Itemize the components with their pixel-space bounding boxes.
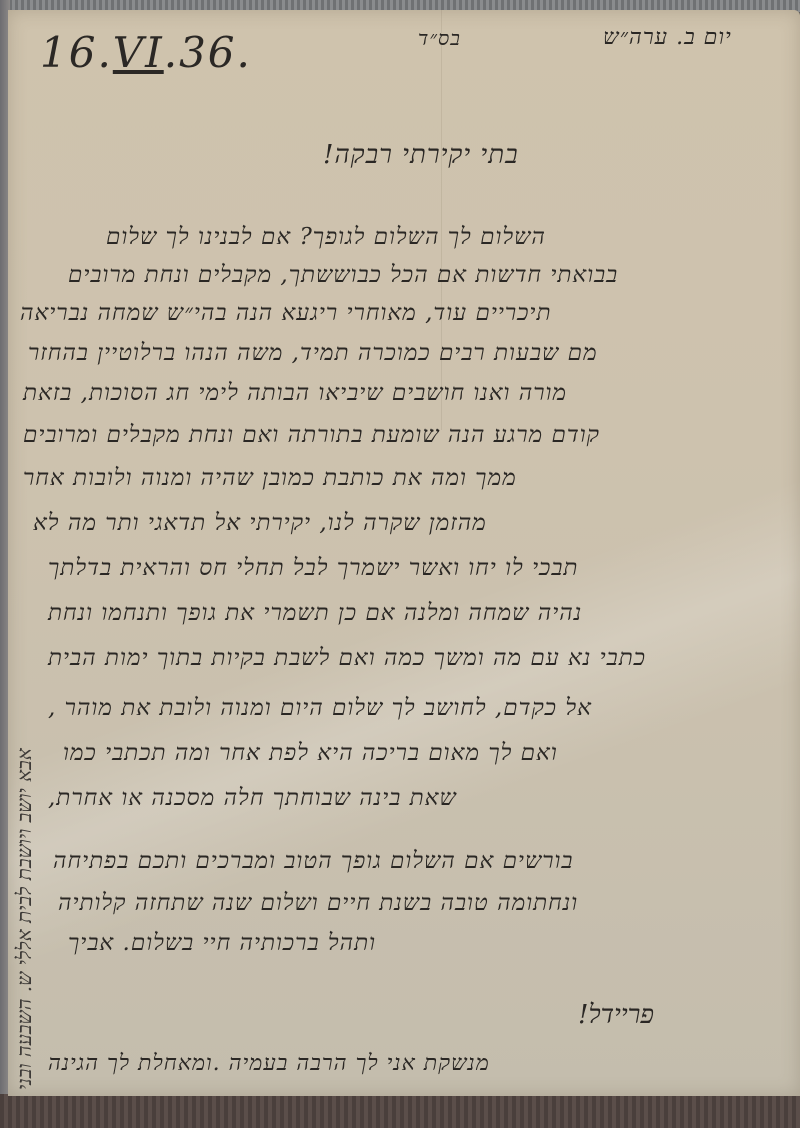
body-line-7: ממך ומה את כותבת כמובן שהיה ומנוה ולובות… (23, 465, 517, 491)
salutation: בתי יקירתי רבקה! (323, 140, 519, 170)
body-line-14: שאת בינה שבוחתך חלה מסכנה או אחרת, (48, 785, 457, 811)
body-line-9: תבכי לו יחו ואשר ישמרך לבל תחלי חס והראי… (48, 555, 578, 581)
signature-secondary: פריידל! (578, 1000, 654, 1030)
body-line-15: בורשים אם השלום גופך הטוב ומברכים ותכם ב… (53, 848, 574, 874)
body-line-13: ואם לך מאום בריכה היא לפת אחר ומה תכתבי … (63, 740, 558, 766)
body-line-11: כתבי נא עם מה ומשך כמה ואם לשבת בקיות בת… (48, 645, 646, 671)
paper-fold-line (441, 10, 442, 430)
body-line-3: תיכריים עוד, מאוחרי ריגעא הנה בהי״ש שמחה… (20, 300, 552, 326)
letter-paper: 16.VI.36. בס״ד יום ב. ערה״ש בתי יקירתי ר… (8, 10, 800, 1096)
body-line-17: ותהל ברכותיה חיי בשלום. אביך (68, 930, 376, 956)
photo-backdrop-bottom (0, 1094, 800, 1128)
margin-vertical-note: אבא יושב ויושבת לבית אללי ש. השבעה ובני (12, 748, 37, 1090)
header-center: בס״ד (418, 26, 461, 51)
date-month: VI (113, 28, 164, 77)
header-right: יום ב. ערה״ש (603, 24, 732, 50)
body-line-4: מם שבעות רבים כמוכרה תמיד, משה הנהו ברלו… (28, 340, 598, 366)
body-line-10: נהיה שמחה ומלנה אם כן תשמרי את גופך ותנח… (48, 600, 582, 626)
body-line-6: קודם מרגע הנה שומעת בתורתה ואם ונחת מקבל… (23, 422, 600, 448)
date-day: 16. (40, 28, 113, 77)
body-line-8: מהזמן שקרה לנו, יקירתי אל תדאגי ותר מה ל… (33, 510, 487, 536)
body-line-16: ונחתומה טובה בשנת חיים ושלום שנה שתחזה ק… (58, 890, 578, 916)
letter-date: 16.VI.36. (40, 28, 252, 77)
closing-line: מנשקת אני לך הרבה בעמיה .ומאחלת לך הגינה (48, 1050, 490, 1076)
body-line-12: אל כקדם, לחושב לך שלום היום ומנוה ולובת … (48, 695, 592, 721)
body-line-1: השלום לך השלום לגופך? אם לבנינו לך שלום (106, 224, 546, 250)
body-line-5: מורה ואנו חושבים שיביאו הבותה לימי חג הס… (23, 380, 567, 406)
date-year: .36. (164, 28, 252, 77)
body-line-2: בבואתי חדשות אם הכל כבוששתך, מקבלים ונחת… (68, 262, 618, 288)
